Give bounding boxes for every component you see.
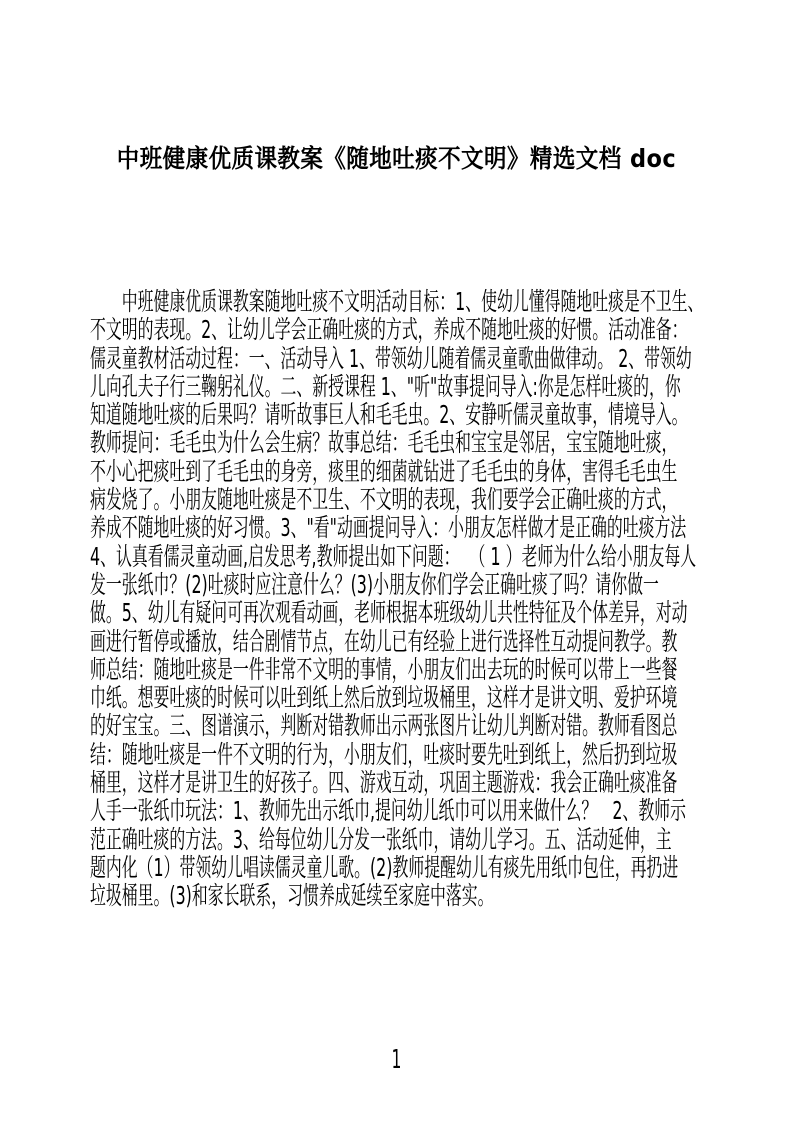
text-line: 儒灵童教材活动过程：一、活动导入 1、带领幼儿随着儒灵童歌曲做律动。 2、带领幼 — [90, 345, 486, 373]
text-line: 不小心把痰吐到了毛毛虫的身旁，痰里的细菌就钻进了毛毛虫的身体，害得毛毛虫生 — [90, 458, 486, 486]
text-line: 发一张纸巾？(2)吐痰时应注意什么？(3)小朋友你们学会正确吐痰了吗？请你做一 — [90, 571, 486, 599]
text-line: 的好宝宝。三、图谱演示，判断对错教师出示两张图片让幼儿判断对错。教师看图总 — [90, 712, 486, 740]
document-title: 中班健康优质课教案《随地吐痰不文明》精选文档 doc — [40, 139, 754, 175]
text-line: 养成不随地吐痰的好习惯。3、"看"动画提问导入：小朋友怎样做才是正确的吐痰方法 — [90, 514, 486, 542]
text-line: 知道随地吐痰的后果吗？请听故事巨人和毛毛虫。2、安静听儒灵童故事，情境导入。 — [90, 401, 486, 429]
text-line: 结：随地吐痰是一件不文明的行为，小朋友们，吐痰时要先吐到纸上，然后扔到垃圾 — [90, 741, 486, 769]
text-line: 师总结：随地吐痰是一件非常不文明的事情，小朋友们出去玩的时候可以带上一些餐 — [90, 656, 486, 684]
body-paragraph: 中班健康优质课教案随地吐痰不文明活动目标：1、使幼儿懂得随地吐痰是不卫生、 不文… — [90, 288, 714, 911]
page-number: 1 — [159, 1046, 635, 1074]
text-line: 巾纸。想要吐痰的时候可以吐到纸上然后放到垃圾桶里，这样才是讲文明、爱护环境 — [90, 684, 486, 712]
text-line: 病发烧了。小朋友随地吐痰是不卫生、不文明的表现，我们要学会正确吐痰的方式， — [90, 486, 486, 514]
text-line: 不文明的表现。2、让幼儿学会正确吐痰的方式，养成不随地吐痰的好惯。活动准备： — [90, 316, 486, 344]
text-line: 人手一张纸巾玩法：1、教师先出示纸巾,提问幼儿纸巾可以用来做什么？ 2、教师示 — [90, 797, 486, 825]
text-line: 教师提问：毛毛虫为什么会生病？故事总结：毛毛虫和宝宝是邻居，宝宝随地吐痰， — [90, 429, 486, 457]
text-line: 4、认真看儒灵童动画,启发思考,教师提出如下问题： （ 1 ）老师为什么给小朋友… — [90, 543, 486, 571]
document-page: 中班健康优质课教案《随地吐痰不文明》精选文档 doc 中班健康优质课教案随地吐痰… — [0, 0, 793, 1122]
text-line: 垃圾桶里。(3)和家长联系，习惯养成延续至家庭中落实。 — [90, 882, 486, 910]
text-line: 题内化（1）带领幼儿唱读儒灵童儿歌。(2)教师提醒幼儿有痰先用纸巾包住，再扔进 — [90, 854, 486, 882]
text-line: 中班健康优质课教案随地吐痰不文明活动目标：1、使幼儿懂得随地吐痰是不卫生、 — [90, 288, 486, 316]
text-line: 做。5、幼儿有疑问可再次观看动画，老师根据本班级幼儿共性特征及个体差异，对动 — [90, 599, 486, 627]
text-line: 画进行暂停或播放，结合剧情节点，在幼儿已有经验上进行选择性互动提问教学。教 — [90, 628, 486, 656]
text-line: 范正确吐痰的方法。3、给每位幼儿分发一张纸巾，请幼儿学习。五、活动延伸，主 — [90, 826, 486, 854]
text-line: 儿向孔夫子行三鞠躬礼仪。二、新授课程 1、"听"故事提问导入:你是怎样吐痰的，你 — [90, 373, 486, 401]
text-line: 桶里，这样才是讲卫生的好孩子。四、游戏互动，巩固主题游戏：我会正确吐痰准备 — [90, 769, 486, 797]
